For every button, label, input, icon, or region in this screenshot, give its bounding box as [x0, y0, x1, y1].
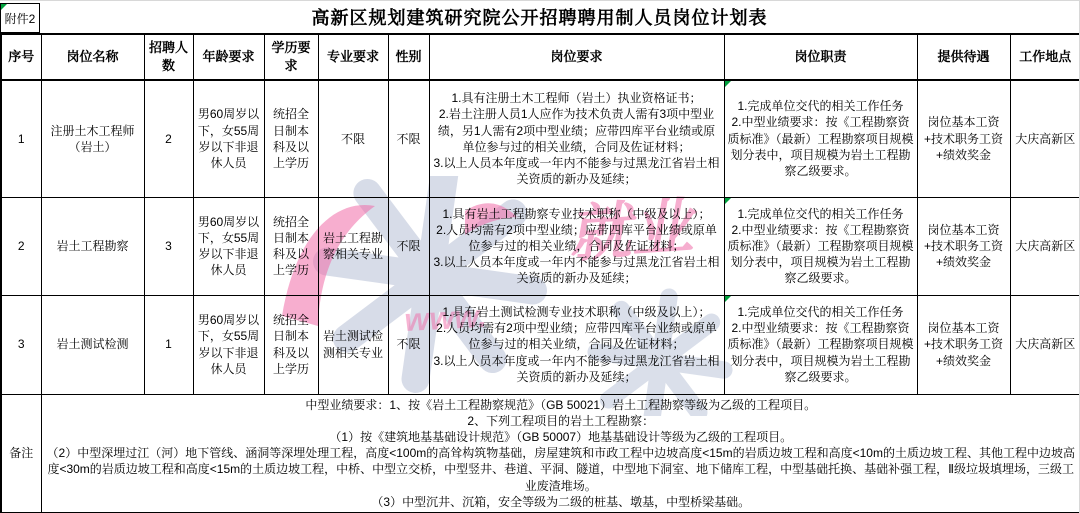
gender-cell: 不限 — [388, 197, 429, 295]
col-header-seq: 序号 — [1, 34, 41, 80]
remark-row: 备注 中型业绩要求：1、按《岩土工程勘察规范》（GB 50021）岩土工程勘察等… — [1, 394, 1080, 513]
age-cell: 男60周岁以下，女55周岁以下非退休人员 — [193, 295, 264, 394]
major-cell: 岩土测试检测相关专业 — [318, 295, 388, 394]
seq-cell: 2 — [1, 197, 41, 295]
duties-text: 1.完成单位交代的相关工作任务 2.中型业绩要求：按《工程勘察资质标准》（最新）… — [728, 207, 914, 286]
location-cell: 大庆高新区 — [1010, 295, 1080, 394]
remark-label-cell: 备注 — [1, 394, 41, 513]
major-cell: 岩土工程勘察相关专业 — [318, 197, 388, 295]
count-cell: 3 — [144, 197, 193, 295]
major-cell: 不限 — [318, 80, 388, 197]
duties-text: 1.完成单位交代的相关工作任务 2.中型业绩要求：按《工程勘察资质标准》（最新）… — [728, 99, 914, 178]
count-cell: 1 — [144, 295, 193, 394]
requirements-cell: 1.具有注册土木工程师（岩土）执业资格证书； 2.岩土注册人员1人应作为技术负责… — [429, 80, 724, 197]
benefits-cell: 岗位基本工资+技术职务工资+绩效奖金 — [917, 80, 1010, 197]
education-cell: 统招全日制本科及以上学历 — [264, 80, 318, 197]
page-title: 高新区规划建筑研究院公开招聘聘用制人员岗位计划表 — [0, 1, 1079, 33]
attachment-label-cell: 附件2 — [0, 3, 40, 33]
col-header-age: 年龄要求 — [193, 34, 264, 80]
title-band: 附件2 高新区规划建筑研究院公开招聘聘用制人员岗位计划表 — [0, 1, 1079, 33]
count-cell: 2 — [144, 80, 193, 197]
col-header-count: 招聘人数 — [144, 34, 193, 80]
recruitment-plan-document: 就业 www. 附件2 高新区规划建筑研究院公开招聘聘用制人员岗位计划表 序号 … — [0, 0, 1080, 513]
age-cell: 男60周岁以下，女55周岁以下非退休人员 — [193, 197, 264, 295]
position-cell: 岩土工程勘察 — [41, 197, 144, 295]
remark-text-cell: 中型业绩要求：1、按《岩土工程勘察规范》（GB 50021）岩土工程勘察等级为乙… — [41, 394, 1080, 513]
job-plan-table: 序号 岗位名称 招聘人数 年龄要求 学历要求 专业要求 性别 岗位要求 岗位职责… — [0, 33, 1080, 513]
col-header-location: 工作地点 — [1010, 34, 1080, 80]
position-cell: 岩土测试检测 — [41, 295, 144, 394]
age-cell: 男60周岁以下，女55周岁以下非退休人员 — [193, 80, 264, 197]
location-cell: 大庆高新区 — [1010, 80, 1080, 197]
col-header-education: 学历要求 — [264, 34, 318, 80]
table-row: 3 岩土测试检测 1 男60周岁以下，女55周岁以下非退休人员 统招全日制本科及… — [1, 295, 1080, 394]
gender-cell: 不限 — [388, 80, 429, 197]
duties-cell: 1.完成单位交代的相关工作任务 2.中型业绩要求：按《工程勘察资质标准》（最新）… — [724, 80, 917, 197]
excel-flag-icon — [725, 296, 731, 302]
education-cell: 统招全日制本科及以上学历 — [264, 295, 318, 394]
table-row: 2 岩土工程勘察 3 男60周岁以下，女55周岁以下非退休人员 统招全日制本科及… — [1, 197, 1080, 295]
attachment-label: 附件2 — [5, 10, 36, 27]
benefits-cell: 岗位基本工资+技术职务工资+绩效奖金 — [917, 295, 1010, 394]
excel-flag-icon — [725, 198, 731, 204]
benefits-cell: 岗位基本工资+技术职务工资+绩效奖金 — [917, 197, 1010, 295]
requirements-cell: 1.具有岩土测试检测专业技术职称（中级及以上）； 2.人员均需有2项中型业绩；应… — [429, 295, 724, 394]
col-header-position: 岗位名称 — [41, 34, 144, 80]
col-header-major: 专业要求 — [318, 34, 388, 80]
col-header-gender: 性别 — [388, 34, 429, 80]
table-header-row: 序号 岗位名称 招聘人数 年龄要求 学历要求 专业要求 性别 岗位要求 岗位职责… — [1, 34, 1080, 80]
seq-cell: 3 — [1, 295, 41, 394]
col-header-requirements: 岗位要求 — [429, 34, 724, 80]
position-cell: 注册土木工程师（岩土） — [41, 80, 144, 197]
duties-cell: 1.完成单位交代的相关工作任务 2.中型业绩要求：按《工程勘察资质标准》（最新）… — [724, 295, 917, 394]
col-header-duties: 岗位职责 — [724, 34, 917, 80]
excel-flag-icon — [725, 81, 731, 87]
excel-flag-icon — [1, 4, 7, 10]
table-row: 1 注册土木工程师（岩土） 2 男60周岁以下，女55周岁以下非退休人员 统招全… — [1, 80, 1080, 197]
seq-cell: 1 — [1, 80, 41, 197]
education-cell: 统招全日制本科及以上学历 — [264, 197, 318, 295]
col-header-benefits: 提供待遇 — [917, 34, 1010, 80]
gender-cell: 不限 — [388, 295, 429, 394]
duties-text: 1.完成单位交代的相关工作任务 2.中型业绩要求：按《工程勘察资质标准》（最新）… — [728, 305, 914, 384]
location-cell: 大庆高新区 — [1010, 197, 1080, 295]
duties-cell: 1.完成单位交代的相关工作任务 2.中型业绩要求：按《工程勘察资质标准》（最新）… — [724, 197, 917, 295]
requirements-cell: 1.具有岩土工程勘察专业技术职称（中级及以上）； 2.人员均需有2项中型业绩；应… — [429, 197, 724, 295]
